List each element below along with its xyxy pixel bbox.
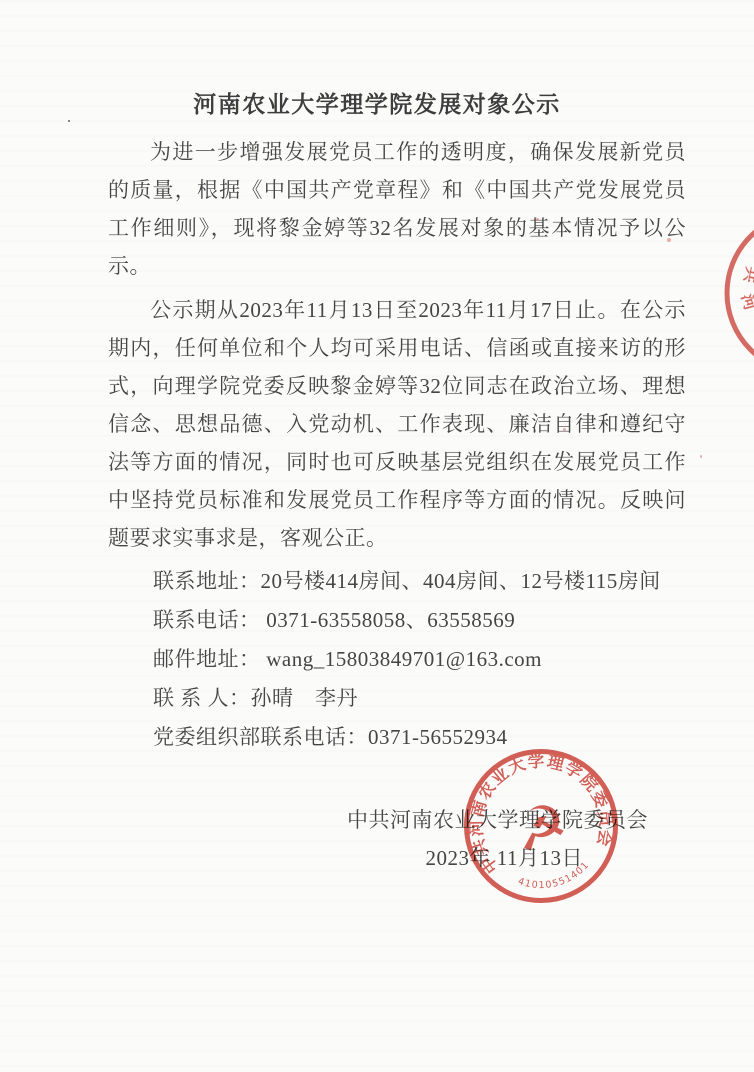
- contact-org-dept-phone: 党委组织部联系电话：0371-56552934: [153, 718, 686, 757]
- document-page: 河南农业大学理学院发展对象公示 为进一步增强发展党员工作的透明度，确保发展新党员…: [0, 0, 754, 1072]
- contact-info-block: 联系地址：20号楼414房间、404房间、12号楼115房间 联系电话： 037…: [108, 562, 686, 757]
- document-body: 为进一步增强发展党员工作的透明度，确保发展新党员的质量，根据《中国共产党章程》和…: [108, 133, 686, 757]
- contact-phone: 联系电话： 0371-63558058、63558569: [153, 601, 686, 640]
- signature-date: 2023年 11月13日: [426, 839, 583, 877]
- signature-organization: 中共河南农业大学理学院委员会: [347, 801, 648, 839]
- contact-email: 邮件地址： wang_15803849701@163.com: [153, 640, 686, 679]
- edge-seal-ring: [727, 213, 754, 373]
- ink-speck: [700, 455, 702, 458]
- contact-person: 联 系 人：孙晴 李丹: [153, 679, 686, 718]
- contact-address: 联系地址：20号楼414房间、404房间、12号楼115房间: [153, 562, 686, 601]
- edge-seal-text-fragment: 共河: [737, 265, 754, 326]
- ink-speck: [68, 120, 70, 122]
- ink-speck: [563, 428, 566, 431]
- document-title: 河南农业大学理学院发展对象公示: [0, 86, 754, 119]
- ink-speck: [667, 238, 671, 242]
- ink-speck: [536, 218, 539, 221]
- paragraph-publicity-period: 公示期从2023年11月13日至2023年11月17日止。在公示期内，任何单位和…: [108, 291, 686, 557]
- paragraph-intro: 为进一步增强发展党员工作的透明度，确保发展新党员的质量，根据《中国共产党章程》和…: [108, 133, 686, 285]
